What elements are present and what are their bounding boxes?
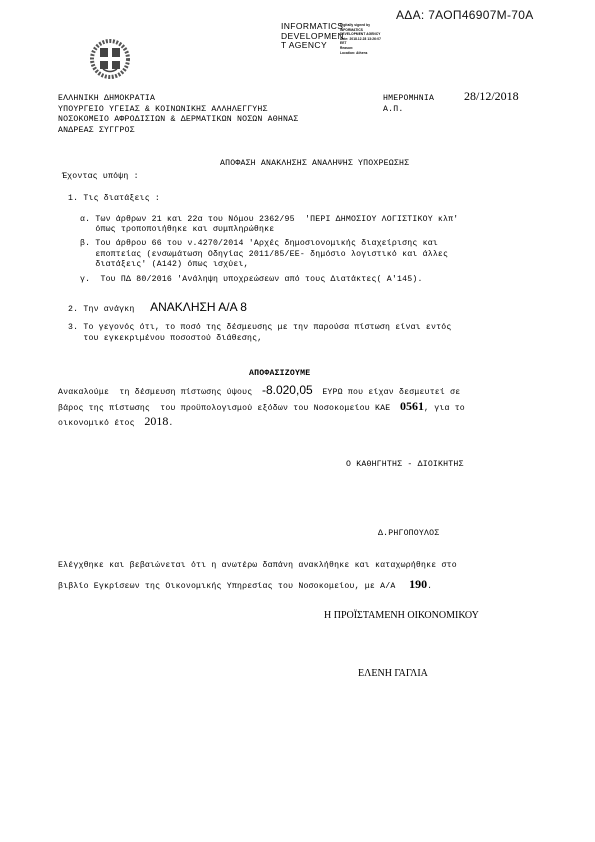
text-line: 3. Το γεγονός ότι, το ποσό της δέσμευσης… bbox=[68, 323, 452, 334]
protocol-label: Α.Π. bbox=[383, 105, 403, 114]
text-segment: . bbox=[168, 419, 173, 428]
provision-sub-b: β. Του άρθρου 66 του ν.4270/2014 'Αρχές … bbox=[80, 239, 448, 271]
text-segment: οικονομικό έτος bbox=[58, 419, 135, 428]
provision-sub-c: γ. Του ΠΔ 80/2016 'Ανάληψη υποχρεώσεων α… bbox=[80, 275, 423, 284]
item2-prefix: 2. Την ανάγκη bbox=[68, 305, 134, 314]
verification-line-2: βιβλίο Εγκρίσεων της Οικονομικής Υπηρεσί… bbox=[58, 573, 432, 592]
provision-item-3: 3. Το γεγονός ότι, το ποσό της δέσμευσης… bbox=[68, 323, 452, 344]
provision-item-1: 1. Τις διατάξεις : bbox=[68, 194, 160, 203]
text-line: του εγκεκριμένου ποσοστού διάθεσης, bbox=[68, 334, 452, 345]
text-segment: , για το bbox=[424, 404, 465, 413]
decision-heading: ΑΠΟΦΑΣΙΖΟΥΜΕ bbox=[249, 369, 310, 378]
provision-item-2: 2. Την ανάγκη ΑΝΑΚΛΗΣΗ Α/Α 8 bbox=[68, 296, 247, 315]
finance-name: ΕΛΕΝΗ ΓΑΓΛΙΑ bbox=[358, 668, 428, 679]
signer-title: Ο ΚΑΘΗΓΗΤΗΣ - ΔΙΟΙΚΗΤΗΣ bbox=[346, 460, 464, 469]
digital-signature-block: Digitally signed by INFORMATICS DEVELOPM… bbox=[340, 23, 381, 55]
agency-line: T AGENCY bbox=[281, 41, 344, 51]
item2-value: ΑΝΑΚΛΗΣΗ Α/Α 8 bbox=[150, 300, 247, 314]
text-line: α. Των άρθρων 21 και 22α του Νόμου 2362/… bbox=[80, 215, 458, 225]
date-value: 28/12/2018 bbox=[464, 89, 519, 104]
text-line: όπως τροποποιήθηκε και συμπληρώθηκε bbox=[80, 225, 458, 235]
agency-name: INFORMATICS DEVELOPMEN T AGENCY bbox=[281, 22, 344, 51]
decision-line-3: οικονομικό έτος 2018. bbox=[58, 410, 173, 429]
finance-title: Η ΠΡΟΪΣΤΑΜΕΝΗ ΟΙΚΟΝΟΜΙΚΟΥ bbox=[324, 610, 479, 621]
record-number: 190 bbox=[409, 577, 427, 591]
signature-line: Location: Athens bbox=[340, 51, 381, 56]
text-segment: βιβλίο Εγκρίσεων της Οικονομικής Υπηρεσί… bbox=[58, 582, 395, 591]
date-label: ΗΜΕΡΟΜΗΝΙΑ bbox=[383, 94, 434, 103]
kae-code: 0561 bbox=[400, 399, 424, 413]
considering-label: Έχοντας υπόψη : bbox=[62, 172, 139, 181]
org-line: ΝΟΣΟΚΟΜΕΙΟ ΑΦΡΟΔΙΣΙΩΝ & ΔΕΡΜΑΤΙΚΩΝ ΝΟΣΩΝ… bbox=[58, 115, 298, 126]
greek-emblem-icon bbox=[89, 36, 131, 80]
organization-header: ΕΛΛΗΝΙΚΗ ΔΗΜΟΚΡΑΤΙΑ ΥΠΟΥΡΓΕΙΟ ΥΓΕΙΑΣ & Κ… bbox=[58, 94, 298, 136]
verification-line-1: Ελέγχθηκε και βεβαιώνεται ότι η ανωτέρω … bbox=[58, 561, 457, 570]
org-line: ΕΛΛΗΝΙΚΗ ΔΗΜΟΚΡΑΤΙΑ bbox=[58, 94, 298, 105]
text-line: εποπτείας (ενσωμάτωση Οδηγίας 2011/85/ΕΕ… bbox=[80, 250, 448, 261]
fiscal-year: 2018 bbox=[144, 414, 168, 428]
text-line: β. Του άρθρου 66 του ν.4270/2014 'Αρχές … bbox=[80, 239, 448, 250]
org-line: ΑΝΔΡΕΑΣ ΣΥΓΓΡΟΣ bbox=[58, 126, 298, 137]
document-title: ΑΠΟΦΑΣΗ ΑΝΑΚΛΗΣΗΣ ΑΝΑΛΗΨΗΣ ΥΠΟΧΡΕΩΣΗΣ bbox=[220, 159, 409, 168]
provision-sub-a: α. Των άρθρων 21 και 22α του Νόμου 2362/… bbox=[80, 215, 458, 235]
text-segment: . bbox=[427, 582, 432, 591]
text-line: διατάξεις' (Α142) όπως ισχύει, bbox=[80, 260, 448, 271]
ada-code: ΑΔΑ: 7ΑΟΠ46907Μ-70Α bbox=[396, 8, 534, 22]
signer-name: Δ.ΡΗΓΟΠΟΥΛΟΣ bbox=[378, 529, 439, 538]
org-line: ΥΠΟΥΡΓΕΙΟ ΥΓΕΙΑΣ & ΚΟΙΝΩΝΙΚΗΣ ΑΛΛΗΛΕΓΓΥΗ… bbox=[58, 105, 298, 116]
